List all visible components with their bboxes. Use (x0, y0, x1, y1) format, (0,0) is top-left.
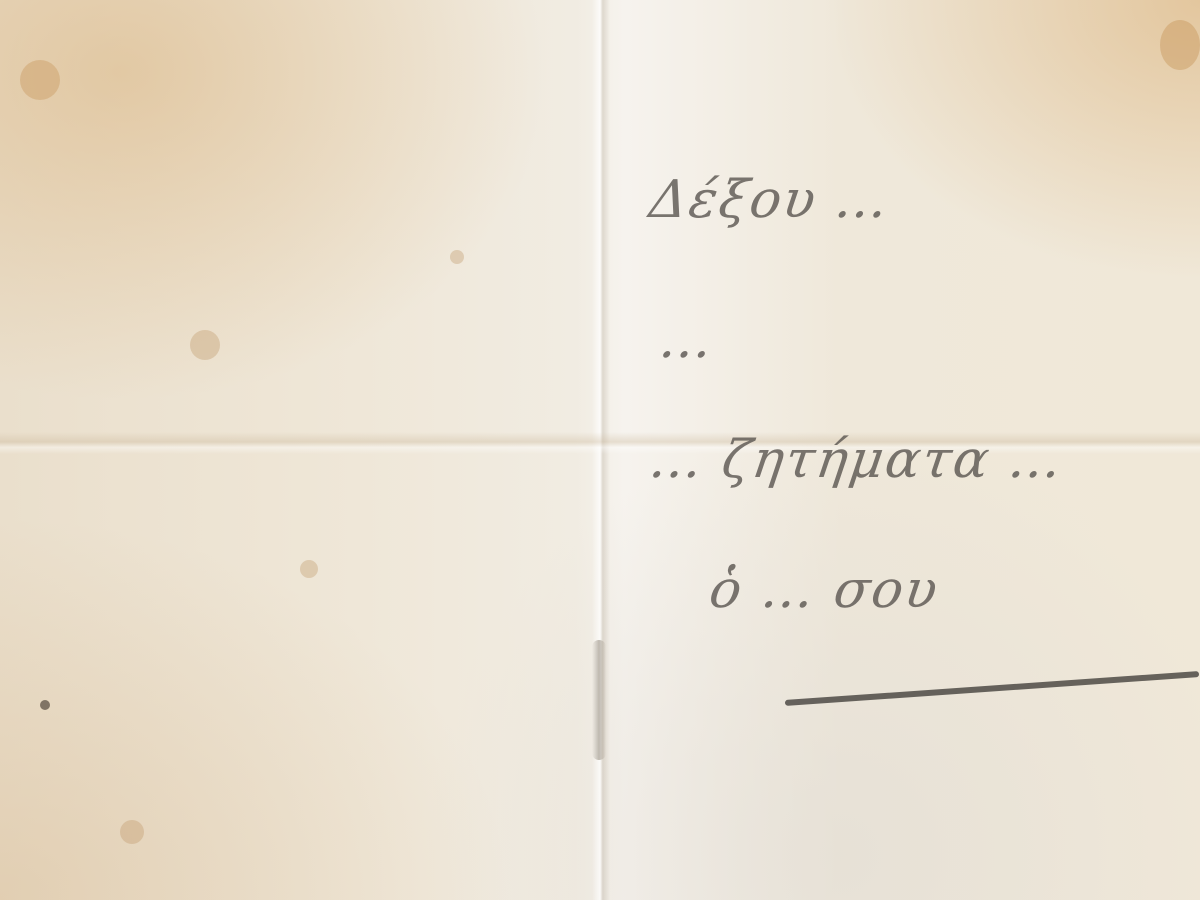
letter-signature: ὁ … σου (706, 560, 943, 620)
letter-line-1: Δέξου … (646, 170, 894, 230)
stain (20, 60, 60, 100)
letter-sheet: Δέξου … … … ζητήματα … ὁ … σου (0, 0, 1200, 900)
signature-flourish (785, 671, 1199, 706)
foxing-spot (120, 820, 144, 844)
foxing-spot (300, 560, 318, 578)
stain (1160, 20, 1200, 70)
ink-spot (40, 700, 50, 710)
foxing-spot (450, 250, 464, 264)
fold-tear (592, 640, 606, 760)
letter-line-2: … (656, 310, 718, 370)
letter-line-3: … ζητήματα … (646, 430, 1068, 490)
foxing-spot (190, 330, 220, 360)
